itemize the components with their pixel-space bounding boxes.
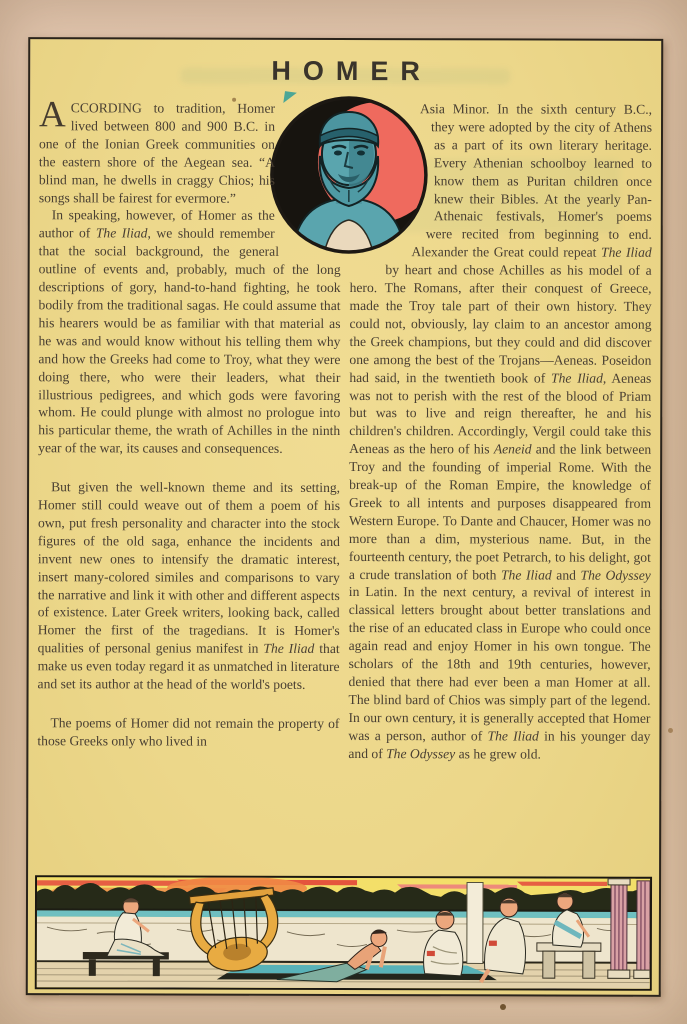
- paper-speck: [500, 1004, 506, 1010]
- scan-background: HOMER: [0, 0, 687, 1024]
- right-column: Asia Minor. In the sixth century B.C., t…: [348, 100, 652, 873]
- paragraph: But given the well-known theme and its s…: [38, 478, 341, 694]
- comic-page: HOMER: [26, 37, 664, 997]
- page-title: HOMER: [30, 55, 661, 88]
- greek-scene-illustration: [37, 877, 650, 989]
- bottom-panel: [35, 875, 652, 991]
- paragraph: Asia Minor. In the sixth century B.C., t…: [348, 100, 652, 763]
- portrait-wrap-spacer: [275, 100, 341, 258]
- column: [467, 882, 483, 963]
- paper-speck: [668, 728, 673, 733]
- paragraph: The poems of Homer did not remain the pr…: [37, 714, 339, 751]
- portrait-wrap-spacer: [350, 100, 434, 262]
- paragraph: ACCORDING to tradition, Homer lived betw…: [39, 99, 341, 207]
- paragraph-text: The poems of Homer did not remain the pr…: [37, 715, 339, 748]
- paragraph-text: But given the well-known theme and its s…: [38, 479, 341, 692]
- text-columns: ACCORDING to tradition, Homer lived betw…: [37, 99, 652, 873]
- paragraph-text: CCORDING to tradition, Homer lived betwe…: [39, 100, 275, 205]
- left-column: ACCORDING to tradition, Homer lived betw…: [37, 99, 341, 872]
- drop-cap: A: [39, 99, 71, 130]
